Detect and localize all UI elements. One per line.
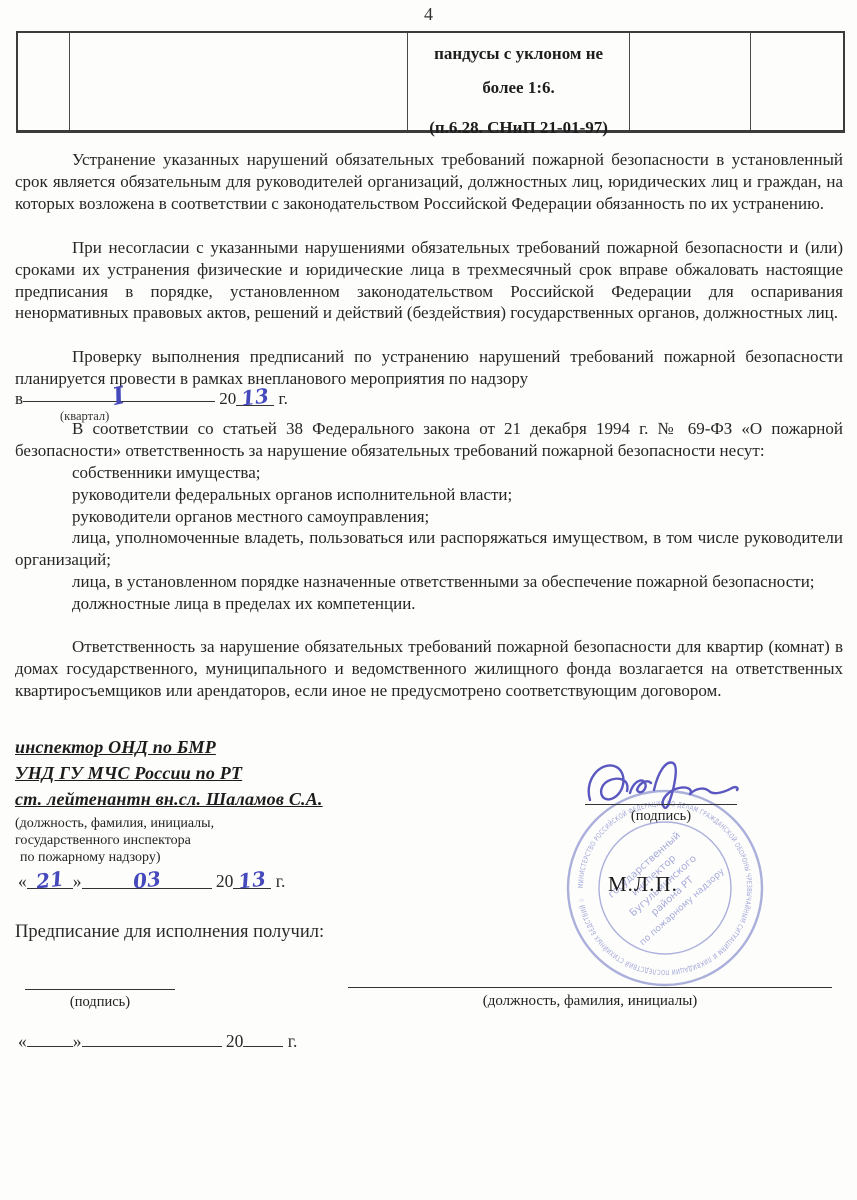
receiver-signature-line — [25, 989, 175, 990]
measure-reference: (п.6.28. СНиП 21-01-97) — [408, 111, 629, 145]
year-suffix: г. — [279, 389, 288, 408]
table-cell-violation-desc — [70, 33, 408, 130]
filled-date-line: «21»03 2013 г. — [18, 868, 285, 892]
year-prefix: 20 — [216, 871, 234, 891]
document-page: 4 пандусы с уклоном не более 1:6. (п.6.2… — [0, 0, 857, 1200]
measure-line-1: пандусы с уклоном не — [408, 37, 629, 71]
officer-position-line-2: УНД ГУ МЧС России по РТ — [15, 760, 415, 786]
officer-position-line-1: инспектор ОНД по БМР — [15, 734, 415, 760]
month-blank-field: 03 — [82, 868, 212, 889]
inspector-signature-ink — [580, 756, 745, 811]
officer-caption-2: государственного инспектора — [15, 832, 415, 849]
officer-signature-block: инспектор ОНД по БМР УНД ГУ МЧС России п… — [15, 734, 415, 866]
handwritten-year: 13 — [237, 866, 268, 893]
year-prefix: 20 — [219, 389, 236, 408]
year-suffix: г. — [276, 871, 286, 891]
officer-name-line: ст. лейтенантн вн.сл. Шаламов С.А. — [15, 786, 415, 812]
list-item: руководители федеральных органов исполни… — [15, 484, 843, 506]
violations-table: пандусы с уклоном не более 1:6. (п.6.28.… — [16, 31, 845, 133]
officer-caption-1: (должность, фамилия, инициалы, — [15, 815, 415, 832]
year-blank-field: 13 — [236, 385, 274, 406]
handwritten-year: 13 — [240, 383, 271, 410]
month-blank-field — [82, 1026, 222, 1047]
table-cell-mark — [751, 33, 843, 130]
responsible-list: собственники имущества; руководители фед… — [15, 462, 843, 615]
signature-line — [585, 804, 737, 805]
list-item: лица, уполномоченные владеть, пользовать… — [15, 527, 843, 571]
signature-caption: (подпись) — [585, 808, 737, 825]
page-number: 4 — [0, 4, 857, 25]
receiver-signature-caption: (подпись) — [25, 994, 175, 1011]
quarter-blank-field: I — [23, 381, 215, 402]
seal-place-mark: М.Л.П. — [608, 872, 678, 897]
year-blank-field: 13 — [233, 868, 271, 889]
table-cell-measure: пандусы с уклоном не более 1:6. (п.6.28.… — [408, 33, 630, 130]
paragraph-law-article: В соответствии со статьей 38 Федеральног… — [15, 418, 843, 462]
measure-line-2: более 1:6. — [408, 71, 629, 105]
paragraph-apartments: Ответственность за нарушение обязательны… — [15, 636, 843, 701]
received-title: Предписание для исполнения получил: — [15, 922, 324, 943]
paragraph-elimination: Устранение указанных нарушений обязатель… — [15, 149, 843, 214]
year-blank-field — [243, 1026, 283, 1047]
list-item: руководители органов местного самоуправл… — [15, 506, 843, 528]
receiver-name-line — [348, 987, 832, 988]
year-prefix: 20 — [226, 1031, 244, 1051]
year-suffix: г. — [288, 1031, 298, 1051]
day-blank-field — [27, 1026, 73, 1047]
list-item: лица, в установленном порядке назначенны… — [15, 571, 843, 593]
handwritten-quarter: I — [111, 380, 128, 411]
quote-close: » — [73, 1031, 82, 1051]
signature-stroke — [589, 763, 738, 808]
receiver-name-caption: (должность, фамилия, инициалы) — [348, 993, 832, 1010]
quarter-prefix: в — [15, 389, 23, 408]
table-cell-number — [18, 33, 70, 130]
officer-caption-3: по пожарному надзору) — [20, 849, 415, 866]
table-cell-deadline — [630, 33, 751, 130]
list-item: собственники имущества; — [15, 462, 843, 484]
handwritten-day: 21 — [34, 866, 65, 893]
paragraph-disagreement: При несогласии с указанными нарушениями … — [15, 237, 843, 324]
quote-open: « — [18, 871, 27, 891]
empty-date-line: «» 20 г. — [18, 1026, 297, 1052]
list-item: должностные лица в пределах их компетенц… — [15, 593, 843, 615]
quote-close: » — [73, 871, 82, 891]
handwritten-month: 03 — [131, 866, 162, 893]
quote-open: « — [18, 1031, 27, 1051]
day-blank-field: 21 — [27, 868, 73, 889]
